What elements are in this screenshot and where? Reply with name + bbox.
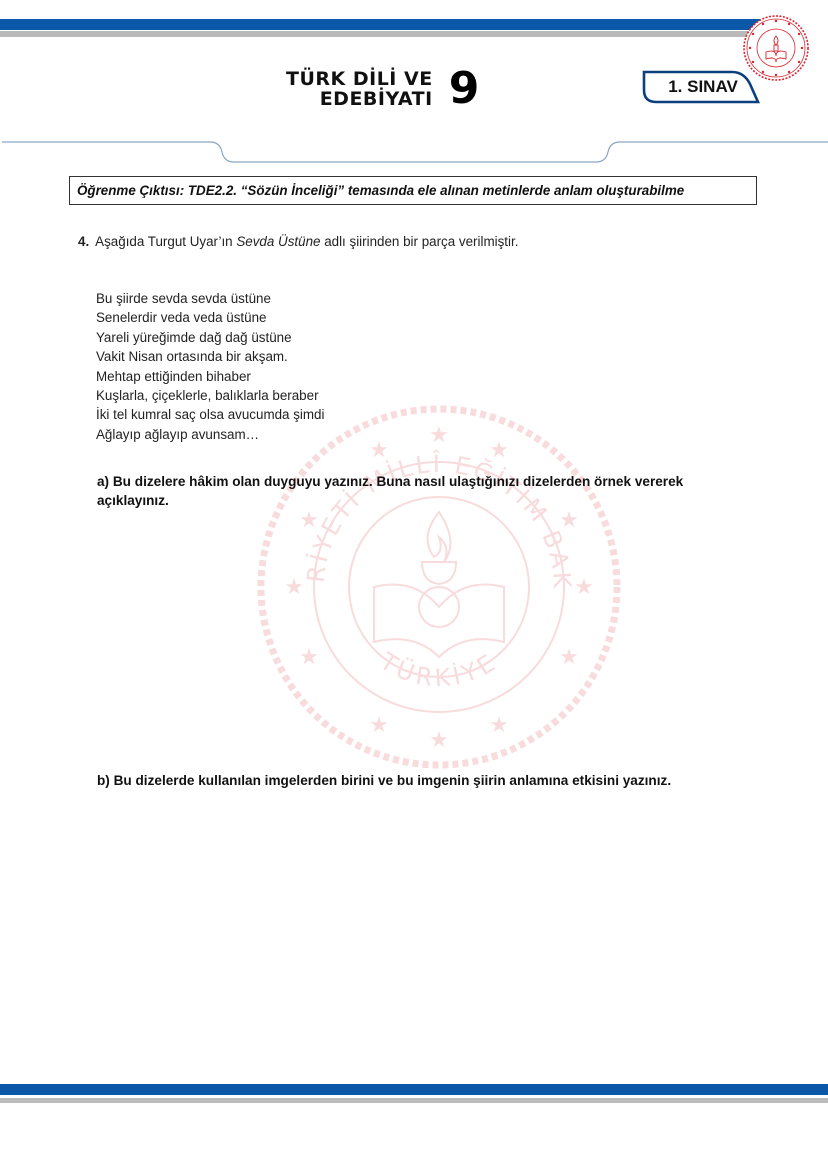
header-blue-stripe [0,19,760,30]
poem-line: Senelerdir veda veda üstüne [96,308,324,327]
poem-line: Bu şiirde sevda sevda üstüne [96,289,324,308]
svg-text:★: ★ [284,574,304,599]
question-4-intro: 4.Aşağıda Turgut Uyar’ın Sevda Üstüne ad… [78,234,518,249]
svg-text:★: ★ [429,727,449,752]
svg-text:★: ★ [299,644,319,669]
subject-title: TÜRK DİLİ VE EDEBİYATI 9 [286,64,479,114]
svg-text:★: ★ [299,507,319,532]
svg-text:TÜRKİYE: TÜRKİYE [374,647,503,693]
svg-text:★: ★ [429,422,449,447]
intro-text: Aşağıda Turgut Uyar’ın [95,234,236,249]
poem-line: Yareli yüreğimde dağ dağ üstüne [96,328,324,347]
meb-emblem-watermark-icon: ★★★ ★★ ★★ ★★ ★★★ CUMHURİYETİ MİLLÎ EĞİTİ… [254,402,624,772]
footer-blue-stripe [0,1084,828,1095]
sub-question-b: b) Bu dizelerde kullanılan imgelerden bi… [97,771,671,790]
poem-excerpt: Bu şiirde sevda sevda üstüne Senelerdir … [96,289,324,444]
header-gray-stripe [0,31,752,37]
poem-line: İki tel kumral saç olsa avucumda şimdi [96,405,324,424]
grade-number: 9 [449,67,480,111]
subject-line-1: TÜRK DİLİ VE [286,69,433,89]
learning-outcome-box: Öğrenme Çıktısı: TDE2.2. “Sözün İnceliği… [69,176,757,205]
svg-text:★: ★ [489,437,509,462]
poem-line: Kuşlarla, çiçeklerle, balıklarla beraber [96,386,324,405]
header-divider [0,128,828,168]
svg-text:★: ★ [574,574,594,599]
sub-question-a: a) Bu dizelere hâkim olan duyguyu yazını… [97,472,717,510]
svg-text:★: ★ [369,437,389,462]
exam-badge-label: 1. SINAV [640,70,760,104]
poem-line: Mehtap ettiğinden bihaber [96,367,324,386]
subject-line-2: EDEBİYATI [286,89,433,109]
intro-text-end: adlı şiirinden bir parça verilmiştir. [320,234,518,249]
question-number: 4. [78,234,89,249]
footer-gray-stripe [0,1098,828,1103]
svg-text:★: ★ [489,712,509,737]
svg-text:★: ★ [369,712,389,737]
poem-title: Sevda Üstüne [236,234,320,249]
svg-text:★: ★ [559,644,579,669]
poem-line: Vakit Nisan ortasında bir akşam. [96,347,324,366]
poem-line: Ağlayıp ağlayıp avunsam… [96,425,324,444]
